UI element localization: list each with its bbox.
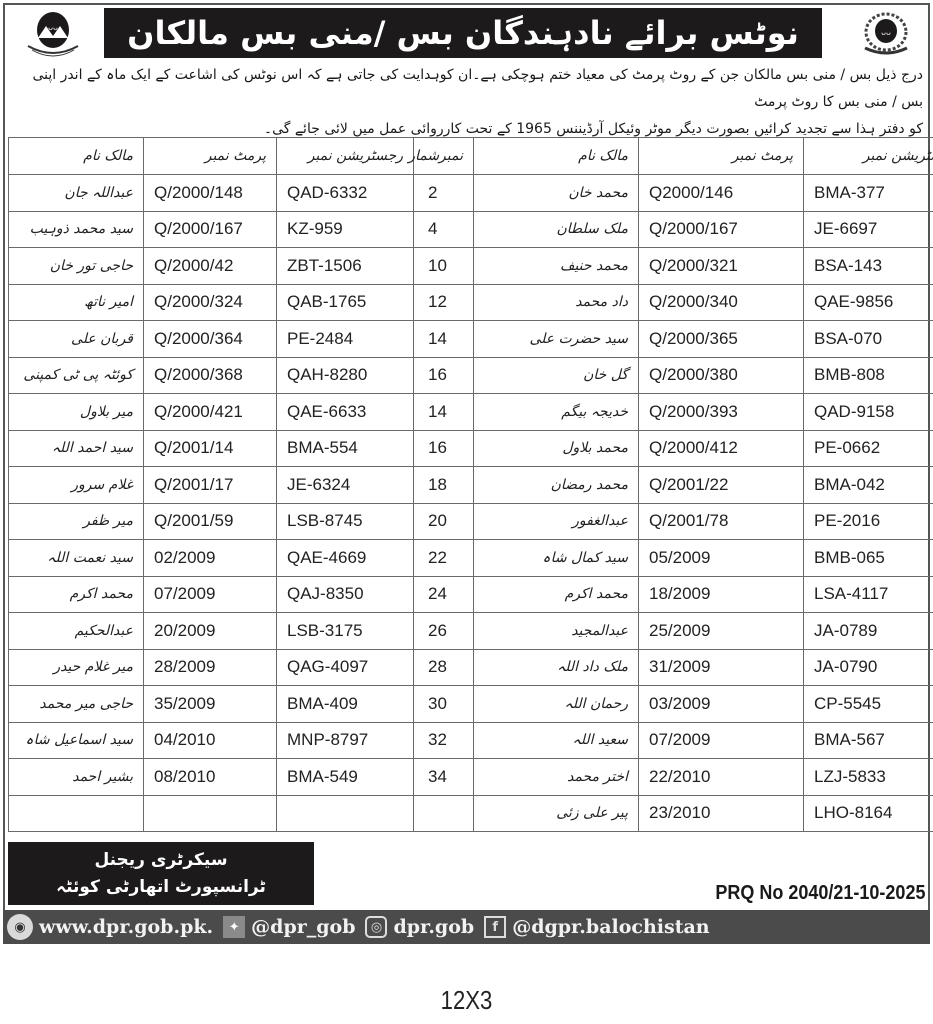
- permit-cell: 167/Q/2000: [144, 211, 277, 248]
- owner-cell: میر ظفر: [9, 503, 144, 540]
- registration-cell: BSA-143: [804, 248, 933, 285]
- owner-cell: محمد رمضان: [474, 467, 639, 504]
- permit-cell: 18/2009: [639, 576, 804, 613]
- registration-cell: BMA-377: [804, 175, 933, 212]
- owner-cell: ملک داد اللہ: [474, 649, 639, 686]
- registration-cell: BMA-042: [804, 467, 933, 504]
- svg-text:ᴗᴗ: ᴗᴗ: [48, 23, 58, 32]
- registration-cell: MNP-8797: [277, 722, 414, 759]
- signature-line-2: ٹرانسپورٹ اتھارٹی کوئٹہ: [56, 874, 266, 901]
- registration-cell: BSA-070: [804, 321, 933, 358]
- social-website-label: www.dpr.gob.pk.: [39, 916, 213, 938]
- owner-cell: سعید اللہ: [474, 722, 639, 759]
- permit-cell: 59/Q/2001: [144, 503, 277, 540]
- signature-block: سیکرٹری ریجنل ٹرانسپورٹ اتھارٹی کوئٹہ: [8, 842, 314, 905]
- permit-cell: [144, 795, 277, 832]
- owner-cell: عبدالمجید: [474, 613, 639, 650]
- owner-cell: ملک سلطان: [474, 211, 639, 248]
- permit-cell: 364/Q/2000: [144, 321, 277, 358]
- serial-cell: 16: [414, 430, 474, 467]
- permit-cell: 08/2010: [144, 759, 277, 796]
- permit-cell: 78/Q/2001: [639, 503, 804, 540]
- header-registration: رجسٹریشن نمبر: [804, 138, 933, 175]
- registration-cell: BMA-549: [277, 759, 414, 796]
- permit-cell: 340/Q/2000: [639, 284, 804, 321]
- serial-cell: 32: [414, 722, 474, 759]
- serial-cell: 26: [414, 613, 474, 650]
- social-instagram-label: dpr.gob: [393, 916, 474, 938]
- social-twitter[interactable]: ✦ @dpr_gob: [223, 916, 355, 938]
- table-row: 15PE-0662412/Q/2000محمد بلاول16BMA-55414…: [9, 430, 933, 467]
- permit-cell: 25/2009: [639, 613, 804, 650]
- owner-cell: عبداللہ جان: [9, 175, 144, 212]
- permit-cell: 31/2009: [639, 649, 804, 686]
- registration-cell: JA-0789: [804, 613, 933, 650]
- owner-cell: گل خان: [474, 357, 639, 394]
- header-permit: پرمٹ نمبر: [144, 138, 277, 175]
- social-instagram[interactable]: ◎ dpr.gob: [365, 916, 474, 938]
- registration-cell: QAD-6332: [277, 175, 414, 212]
- table-row: 11BMB-808380/Q/2000گل خان16QAH-8280368/Q…: [9, 357, 933, 394]
- permit-cell: 03/2009: [639, 686, 804, 723]
- registration-cell: LSB-3175: [277, 613, 414, 650]
- owner-cell: محمد اکرم: [474, 576, 639, 613]
- serial-cell: 14: [414, 321, 474, 358]
- table-row: 7QAE-9856340/Q/2000داد محمد12QAB-1765324…: [9, 284, 933, 321]
- serial-cell: 14: [414, 394, 474, 431]
- permit-cell: 393/Q/2000: [639, 394, 804, 431]
- svg-text:ᴗᴗ: ᴗᴗ: [881, 28, 891, 37]
- header-serial: نمبرشمار: [414, 138, 474, 175]
- owner-cell: رحمان اللہ: [474, 686, 639, 723]
- serial-cell: 4: [414, 211, 474, 248]
- owner-cell: عبدالحکیم: [9, 613, 144, 650]
- table-row: 23LSA-411718/2009محمد اکرم24QAJ-835007/2…: [9, 576, 933, 613]
- serial-cell: 30: [414, 686, 474, 723]
- owner-cell: سید کمال شاہ: [474, 540, 639, 577]
- owner-cell: داد محمد: [474, 284, 639, 321]
- owner-cell: سید محمد ذوہیب: [9, 211, 144, 248]
- table-row: 17BMA-04222/Q/2001محمد رمضان18JE-632417/…: [9, 467, 933, 504]
- permit-cell: 20/2009: [144, 613, 277, 650]
- permit-cell: 321/Q/2000: [639, 248, 804, 285]
- registration-cell: PE-2016: [804, 503, 933, 540]
- table-row: 3JE-6697167/Q/2000ملک سلطان4KZ-959167/Q/…: [9, 211, 933, 248]
- registration-cell: BMB-808: [804, 357, 933, 394]
- owner-cell: محمد خان: [474, 175, 639, 212]
- header-owner: مالک نام: [9, 138, 144, 175]
- owner-cell: غلام سرور: [9, 467, 144, 504]
- permit-cell: 35/2009: [144, 686, 277, 723]
- permit-cell: 28/2009: [144, 649, 277, 686]
- serial-cell: 34: [414, 759, 474, 796]
- registration-cell: BMA-567: [804, 722, 933, 759]
- permit-cell: 42/Q/2000: [144, 248, 277, 285]
- owner-cell: سید حضرت علی: [474, 321, 639, 358]
- registration-cell: PE-2484: [277, 321, 414, 358]
- table-row: 27JA-079031/2009ملک داد اللہ28QAG-409728…: [9, 649, 933, 686]
- owner-cell: میر بلاول: [9, 394, 144, 431]
- permit-cell: 04/2010: [144, 722, 277, 759]
- owner-cell: امیر ناتھ: [9, 284, 144, 321]
- permit-cell: 412/Q/2000: [639, 430, 804, 467]
- twitter-icon: ✦: [223, 916, 245, 938]
- social-bar: ◉ www.dpr.gob.pk. ✦ @dpr_gob ◎ dpr.gob f…: [3, 910, 930, 944]
- registration-cell: KZ-959: [277, 211, 414, 248]
- permit-cell: 22/Q/2001: [639, 467, 804, 504]
- registration-cell: JE-6324: [277, 467, 414, 504]
- serial-cell: 20: [414, 503, 474, 540]
- serial-cell: 18: [414, 467, 474, 504]
- social-twitter-label: @dpr_gob: [251, 916, 355, 938]
- owner-cell: محمد بلاول: [474, 430, 639, 467]
- registration-cell: QAJ-8350: [277, 576, 414, 613]
- permit-cell: 365/Q/2000: [639, 321, 804, 358]
- owner-cell: بشیر احمد: [9, 759, 144, 796]
- permit-cell: 324/Q/2000: [144, 284, 277, 321]
- table-row: 29CP-554503/2009رحمان اللہ30BMA-40935/20…: [9, 686, 933, 723]
- serial-cell: 24: [414, 576, 474, 613]
- registration-cell: QAD-9158: [804, 394, 933, 431]
- registration-cell: QAB-1765: [277, 284, 414, 321]
- permit-cell: 17/Q/2001: [144, 467, 277, 504]
- owner-cell: محمد اکرم: [9, 576, 144, 613]
- permit-cell: 146/Q2000: [639, 175, 804, 212]
- registration-cell: JE-6697: [804, 211, 933, 248]
- signature-line-1: سیکرٹری ریجنل: [94, 847, 227, 874]
- registration-cell: QAG-4097: [277, 649, 414, 686]
- registration-cell: PE-0662: [804, 430, 933, 467]
- dgpr-emblem-icon: ᴗᴗ: [855, 10, 917, 58]
- permit-cell: 14/Q/2001: [144, 430, 277, 467]
- registration-cell: QAH-8280: [277, 357, 414, 394]
- serial-cell: 28: [414, 649, 474, 686]
- globe-icon: ◉: [7, 914, 33, 940]
- table-row: 13QAD-9158393/Q/2000خدیجہ بیگم14QAE-6633…: [9, 394, 933, 431]
- social-website[interactable]: ◉ www.dpr.gob.pk.: [7, 914, 213, 940]
- permit-cell: 167/Q/2000: [639, 211, 804, 248]
- serial-cell: 16: [414, 357, 474, 394]
- permit-cell: 380/Q/2000: [639, 357, 804, 394]
- permit-cell: 148/Q/2000: [144, 175, 277, 212]
- notice-intro: درج ذیل بس / منی بس مالکان جن کے روٹ پرم…: [10, 62, 923, 143]
- owner-cell: سید اسماعیل شاہ: [9, 722, 144, 759]
- owner-cell: اختر محمد: [474, 759, 639, 796]
- ad-size-label: 12X3: [70, 985, 863, 1016]
- table-row: 25JA-078925/2009عبدالمجید26LSB-317520/20…: [9, 613, 933, 650]
- registration-cell: LSA-4117: [804, 576, 933, 613]
- owner-cell: عبدالغفور: [474, 503, 639, 540]
- registration-cell: LSB-8745: [277, 503, 414, 540]
- owner-cell: میر غلام حیدر: [9, 649, 144, 686]
- table-row: 31BMA-56707/2009سعید اللہ32MNP-879704/20…: [9, 722, 933, 759]
- intro-line-1: درج ذیل بس / منی بس مالکان جن کے روٹ پرم…: [10, 62, 923, 116]
- serial-cell: 22: [414, 540, 474, 577]
- owner-cell: سید احمد اللہ: [9, 430, 144, 467]
- header-owner: مالک نام: [474, 138, 639, 175]
- table-row: 9BSA-070365/Q/2000سید حضرت علی14PE-24843…: [9, 321, 933, 358]
- owner-cell: حاجی تور خان: [9, 248, 144, 285]
- facebook-icon: f: [484, 916, 506, 938]
- permit-cell: 02/2009: [144, 540, 277, 577]
- owner-cell: پیر علی زئی: [474, 795, 639, 832]
- serial-cell: 2: [414, 175, 474, 212]
- table-row: 5BSA-143321/Q/2000محمد حنیف10ZBT-150642/…: [9, 248, 933, 285]
- permit-cell: 05/2009: [639, 540, 804, 577]
- social-facebook-label: @dgpr.balochistan: [512, 916, 709, 938]
- permit-cell: 23/2010: [639, 795, 804, 832]
- permit-cell: 07/2009: [639, 722, 804, 759]
- serial-cell: 10: [414, 248, 474, 285]
- owner-cell: کوئٹہ پی ٹی کمپنی: [9, 357, 144, 394]
- serial-cell: 12: [414, 284, 474, 321]
- header-registration: رجسٹریشن نمبر: [277, 138, 414, 175]
- registration-cell: JA-0790: [804, 649, 933, 686]
- registration-cell: BMA-409: [277, 686, 414, 723]
- registration-cell: [277, 795, 414, 832]
- registration-cell: QAE-4669: [277, 540, 414, 577]
- defaulters-table: نمبرشمار رجسٹریشن نمبر پرمٹ نمبر مالک نا…: [8, 137, 933, 832]
- table-row: 35LHO-816423/2010پیر علی زئی: [9, 795, 933, 832]
- owner-cell: حاجی میر محمد: [9, 686, 144, 723]
- permit-cell: 368/Q/2000: [144, 357, 277, 394]
- header-permit: پرمٹ نمبر: [639, 138, 804, 175]
- owner-cell: قربان علی: [9, 321, 144, 358]
- registration-cell: ZBT-1506: [277, 248, 414, 285]
- registration-cell: QAE-6633: [277, 394, 414, 431]
- serial-cell: [414, 795, 474, 832]
- table-header-row: نمبرشمار رجسٹریشن نمبر پرمٹ نمبر مالک نا…: [9, 138, 933, 175]
- table-row: 1BMA-377146/Q2000محمد خان2QAD-6332148/Q/…: [9, 175, 933, 212]
- balochistan-emblem-icon: ᴗᴗ: [22, 10, 84, 58]
- permit-cell: 22/2010: [639, 759, 804, 796]
- instagram-icon: ◎: [365, 916, 387, 938]
- owner-cell: محمد حنیف: [474, 248, 639, 285]
- registration-cell: BMB-065: [804, 540, 933, 577]
- table-row: 21BMB-06505/2009سید کمال شاہ22QAE-466902…: [9, 540, 933, 577]
- prq-number: PRQ No 2040/21-10-2025: [715, 882, 925, 905]
- owner-cell: سید نعمت اللہ: [9, 540, 144, 577]
- registration-cell: CP-5545: [804, 686, 933, 723]
- table-row: 33LZJ-583322/2010اختر محمد34BMA-54908/20…: [9, 759, 933, 796]
- owner-cell: خدیجہ بیگم: [474, 394, 639, 431]
- permit-cell: 421/Q/2000: [144, 394, 277, 431]
- registration-cell: BMA-554: [277, 430, 414, 467]
- table-row: 19PE-201678/Q/2001عبدالغفور20LSB-874559/…: [9, 503, 933, 540]
- page-title: نوٹس برائے نادہندگان بس /منی بس مالکان: [104, 8, 822, 58]
- registration-cell: QAE-9856: [804, 284, 933, 321]
- permit-cell: 07/2009: [144, 576, 277, 613]
- registration-cell: LHO-8164: [804, 795, 933, 832]
- owner-cell: [9, 795, 144, 832]
- social-facebook[interactable]: f @dgpr.balochistan: [484, 916, 709, 938]
- registration-cell: LZJ-5833: [804, 759, 933, 796]
